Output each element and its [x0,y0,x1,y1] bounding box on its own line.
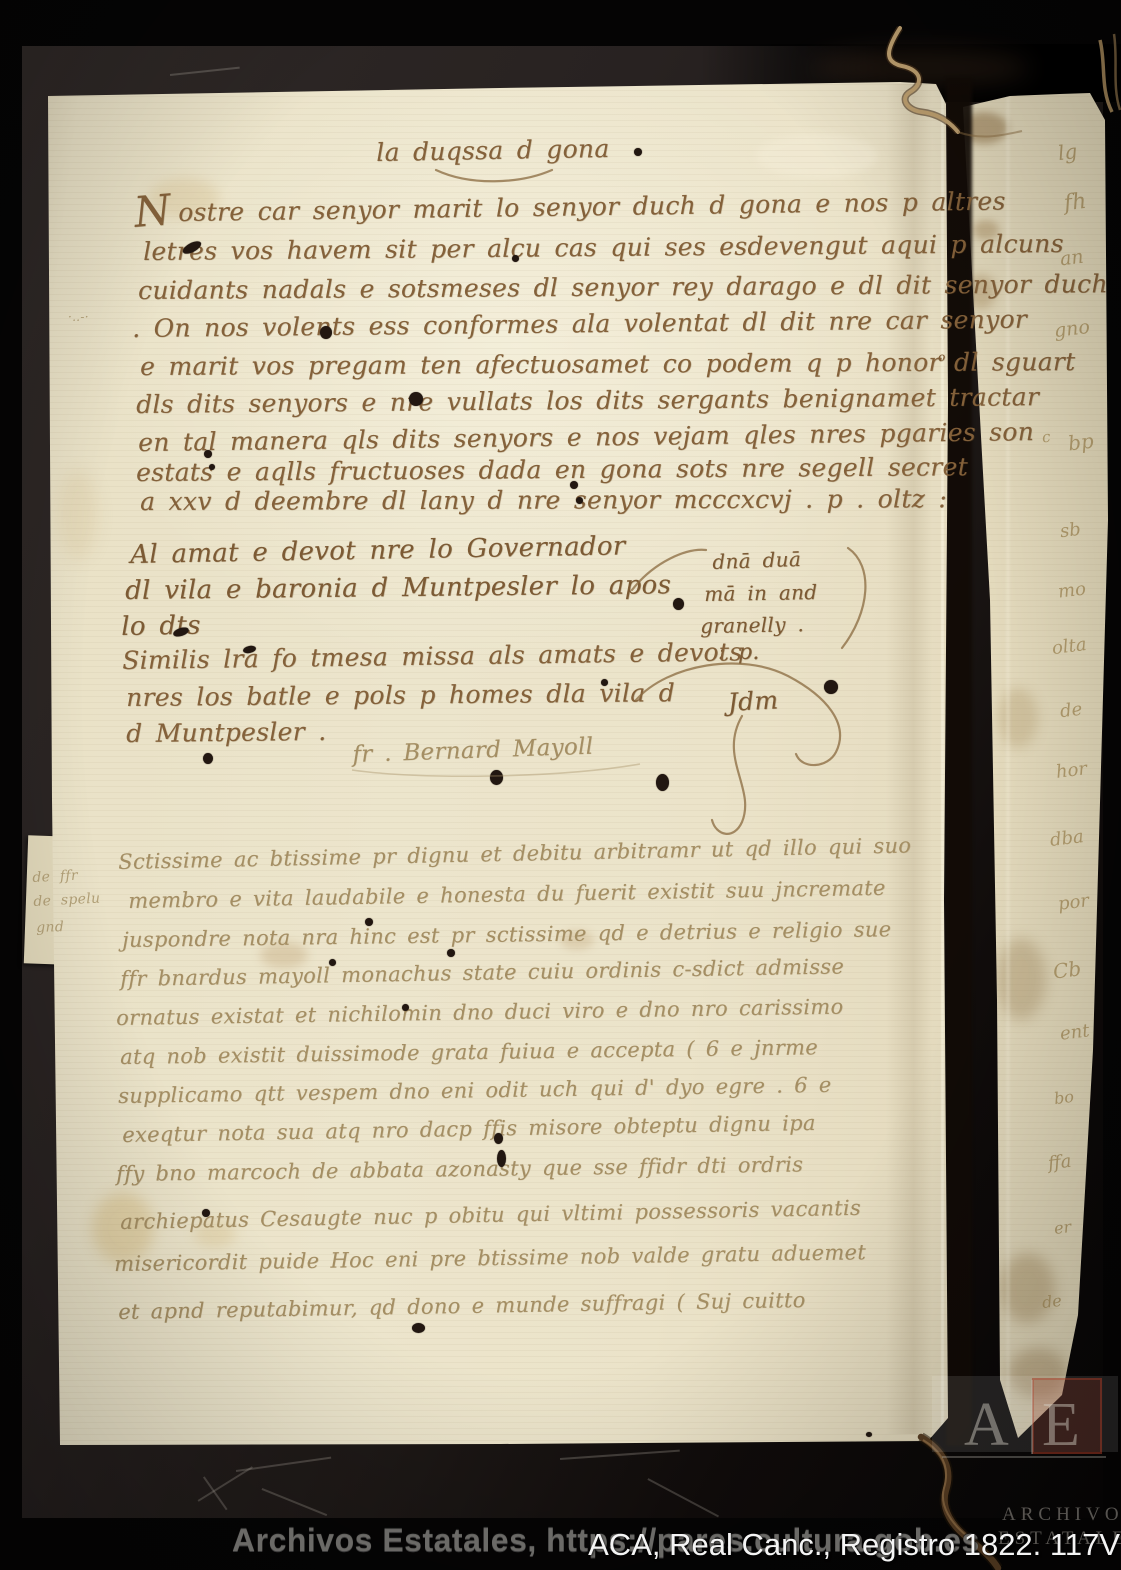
paper-stain [996,938,1046,1020]
manuscript-line: N [132,185,173,237]
logo-letter-a: A [964,1394,1009,1456]
archival-photo: lgfhangnocbpsbmooltadehordbaporCbentboff… [0,0,1121,1570]
script-fragment: sb [1059,519,1082,542]
manuscript-line: lo dts [121,611,201,642]
script-fragment: dba [1049,826,1085,851]
script-fragment: mo [1057,578,1087,602]
paper-stain [756,134,878,178]
script-fragment: ent [1059,1020,1091,1044]
script-fragment: de [1041,1291,1063,1312]
ink-spot [209,464,215,470]
script-fragment: ffa [1047,1151,1073,1175]
ink-spot [490,770,503,785]
script-fragment: de [1059,699,1084,723]
ink-spot [601,679,608,686]
script-fragment: fh [1063,189,1088,217]
script-fragment: er [1053,1217,1072,1238]
idem-mark: Jdm [727,685,779,717]
ink-spot [320,326,332,339]
margin-note-line: granelly . [700,612,804,638]
logo-letter-e: E [1042,1394,1080,1456]
manuscript-line: dl vila e baronia d Muntpesler lo apos [125,570,671,606]
script-fragment: olta [1051,634,1088,659]
margin-note-line: dnā duā [712,547,801,574]
backdrop-glow [810,48,1030,88]
tab-note-line: gnd [36,919,64,936]
ink-spot [512,255,519,262]
script-fragment: gno [1053,316,1091,342]
ink-spot [412,1323,425,1333]
ink-spot [494,1133,503,1144]
tab-note-line: de ffr [32,868,78,886]
ink-spot [866,1432,872,1437]
ink-spot [203,753,213,764]
logo-word-archivos: ARCHIVOS [1002,1504,1121,1526]
ink-spot [447,949,455,957]
ink-spot [570,481,578,489]
manuscript-line: e marit vos pregam ten afectuosamet co p… [140,347,1076,381]
ink-spot [656,774,669,791]
script-fragment: Cb [1052,956,1083,983]
ink-spot [576,497,583,504]
script-fragment: bo [1053,1087,1075,1108]
ink-spot [497,1150,506,1167]
manuscript-line: estats e aqlls fructuoses dada en gona s… [136,452,968,487]
ink-spot [402,1004,409,1011]
image-caption: ACA, Real Canc., Registro 1822. 117V [588,1527,1120,1563]
logo-divider [1031,1380,1033,1454]
paper-stain [58,470,98,560]
paper-stain [1000,1253,1055,1323]
script-fragment: por [1057,890,1090,915]
margin-scribble: ·‥-· [68,310,89,324]
ink-spot [202,1209,210,1217]
ink-spot [824,680,838,694]
script-fragment: hor [1055,758,1088,783]
manuscript-line: a xxv d deembre dl lany d nre senyor mcc… [140,484,947,516]
manuscript-heading: la duqssa d gona [376,134,610,167]
manuscript-line: d Muntpesler . [126,717,327,748]
ink-spot [634,148,642,156]
script-fragment: lg [1057,139,1079,165]
ink-spot [204,450,212,458]
script-fragment: bp [1067,429,1095,456]
margin-note-line: mā in and [704,580,818,606]
manuscript-line: nres los batle e pols p homes dla vila d [126,678,675,712]
ink-spot [409,392,423,406]
ink-spot [365,918,373,926]
quire-mark: o [938,350,946,364]
paper-stain [998,688,1038,748]
ink-spot [673,598,684,610]
ink-spot [329,959,336,966]
